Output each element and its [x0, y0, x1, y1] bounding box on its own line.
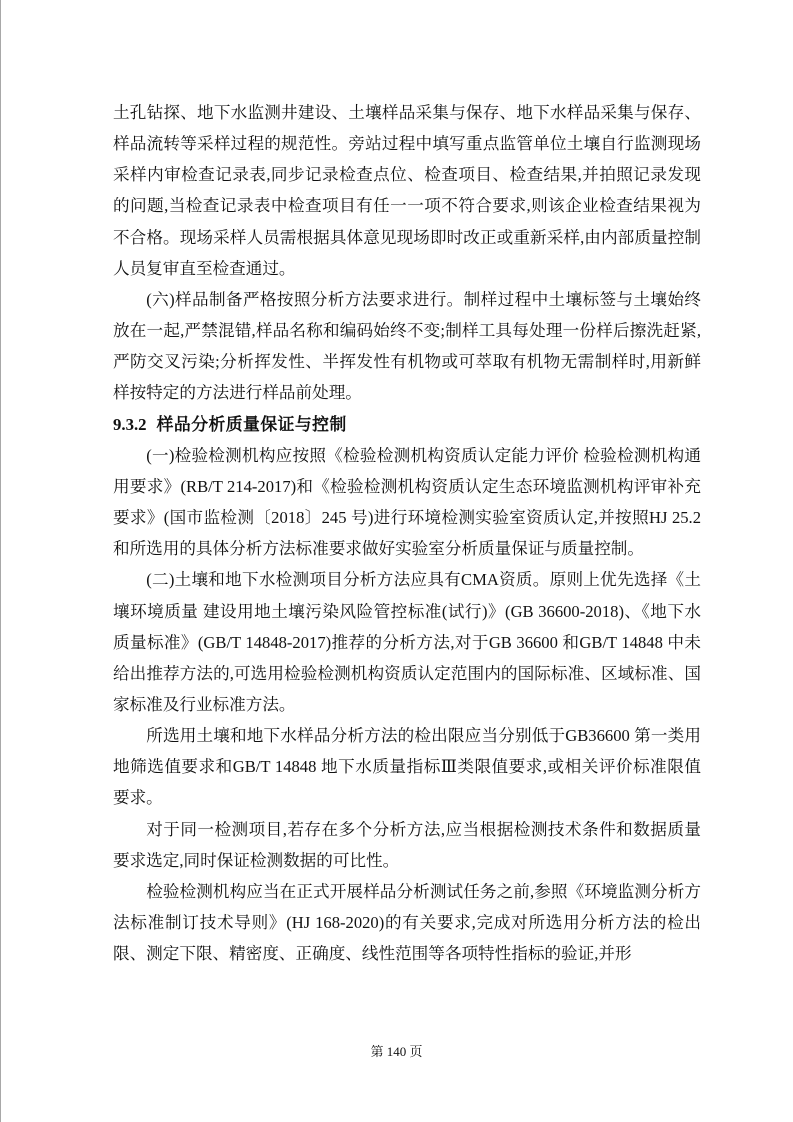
section-heading-9-3-2: 9.3.2 样品分析质量保证与控制	[113, 409, 701, 440]
page-number: 第 140 页	[0, 1041, 793, 1060]
paragraph-item-two-cma-methods: (二)土壤和地下水检测项目分析方法应具有CMA资质。原则上优先选择《土壤环境质量…	[113, 564, 701, 720]
paragraph-method-comparability: 对于同一检测项目,若存在多个分析方法,应当根据检测技术条件和数据质量要求选定,同…	[113, 814, 701, 876]
paragraph-sampling-process-continuation: 土孔钻探、地下水监测井建设、土壤样品采集与保存、地下水样品采集与保存、样品流转等…	[113, 97, 701, 284]
document-page-content: 土孔钻探、地下水监测井建设、土壤样品采集与保存、地下水样品采集与保存、样品流转等…	[113, 97, 701, 969]
page-left-edge-line	[0, 0, 1, 1122]
section-heading-title: 样品分析质量保证与控制	[157, 415, 347, 434]
section-heading-number: 9.3.2	[113, 415, 147, 434]
paragraph-detection-limits: 所选用土壤和地下水样品分析方法的检出限应当分别低于GB36600 第一类用地筛选…	[113, 720, 701, 813]
paragraph-item-six-sample-preparation: (六)样品制备严格按照分析方法要求进行。制样过程中土壤标签与土壤始终放在一起,严…	[113, 284, 701, 409]
paragraph-item-one-lab-accreditation: (一)检验检测机构应按照《检验检测机构资质认定能力评价 检验检测机构通用要求》(…	[113, 440, 701, 565]
paragraph-method-verification: 检验检测机构应当在正式开展样品分析测试任务之前,参照《环境监测分析方法标准制订技…	[113, 876, 701, 969]
